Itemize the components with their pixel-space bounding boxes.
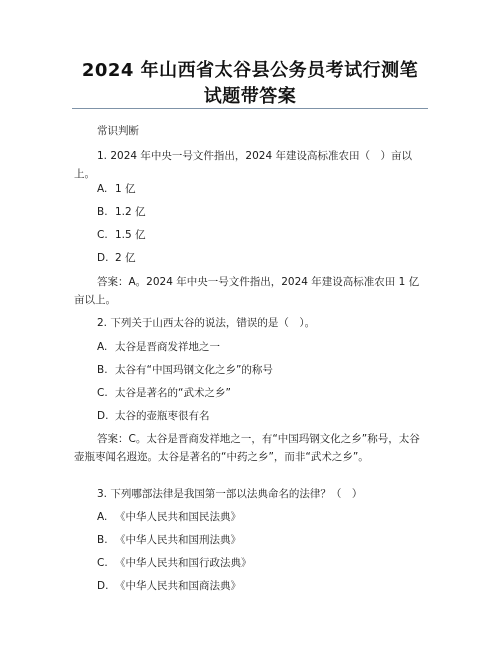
- document-page: 2024 年山西省太谷县公务员考试行测笔 试题带答案 常识判断 1. 2024 …: [0, 0, 500, 647]
- question-3-stem: 3. 下列哪部法律是我国第一部以法典命名的法律？（ ）: [74, 485, 428, 503]
- option-text: 2 亿: [115, 252, 136, 264]
- option-letter: D.: [97, 577, 115, 595]
- question-2-option-a: A.太谷是晋商发祥地之一: [97, 338, 220, 356]
- title-divider: [72, 108, 428, 109]
- question-3-option-c: C.《中华人民共和国行政法典》: [97, 554, 252, 572]
- option-letter: B.: [97, 361, 115, 379]
- option-text: 1.2 亿: [115, 206, 146, 218]
- question-2-answer: 答案：C。太谷是晋商发祥地之一，有“中国玛钢文化之乡”称号，太谷壶瓶枣闻名遐迩。…: [74, 430, 428, 466]
- question-1-option-b: B.1.2 亿: [97, 203, 146, 221]
- question-3-option-d: D.《中华人民共和国商法典》: [97, 577, 241, 595]
- question-3-option-b: B.《中华人民共和国刑法典》: [97, 531, 241, 549]
- option-letter: B.: [97, 203, 115, 221]
- option-letter: A.: [97, 508, 115, 526]
- question-1-stem: 1. 2024 年中央一号文件指出，2024 年建设高标准农田（ ）亩以上。: [74, 147, 428, 183]
- option-text: 太谷有“中国玛钢文化之乡”的称号: [115, 364, 273, 376]
- question-1-option-d: D.2 亿: [97, 249, 136, 267]
- option-text: 《中华人民共和国行政法典》: [115, 557, 252, 569]
- option-text: 太谷的壶瓶枣很有名: [115, 410, 210, 422]
- option-text: 《中华人民共和国刑法典》: [115, 534, 241, 546]
- option-text: 《中华人民共和国民法典》: [115, 511, 241, 523]
- section-heading: 常识判断: [74, 122, 428, 140]
- option-letter: C.: [97, 384, 115, 402]
- option-text: 1 亿: [115, 183, 136, 195]
- option-letter: A.: [97, 338, 115, 356]
- option-text: 《中华人民共和国商法典》: [115, 580, 241, 592]
- option-letter: A.: [97, 180, 115, 198]
- question-2-option-d: D.太谷的壶瓶枣很有名: [97, 407, 210, 425]
- option-letter: D.: [97, 249, 115, 267]
- document-title-line2: 试题带答案: [72, 84, 428, 110]
- option-letter: C.: [97, 226, 115, 244]
- question-1-option-c: C.1.5 亿: [97, 226, 146, 244]
- question-3-option-a: A.《中华人民共和国民法典》: [97, 508, 241, 526]
- question-2-option-c: C.太谷是著名的“武术之乡”: [97, 384, 231, 402]
- question-2-option-b: B.太谷有“中国玛钢文化之乡”的称号: [97, 361, 273, 379]
- question-2-stem: 2. 下列关于山西太谷的说法，错误的是（ ）。: [74, 314, 428, 332]
- option-letter: B.: [97, 531, 115, 549]
- option-text: 太谷是著名的“武术之乡”: [115, 387, 231, 399]
- option-letter: D.: [97, 407, 115, 425]
- document-title-line1: 2024 年山西省太谷县公务员考试行测笔: [72, 58, 428, 84]
- question-1-option-a: A.1 亿: [97, 180, 136, 198]
- option-text: 太谷是晋商发祥地之一: [115, 341, 220, 353]
- option-letter: C.: [97, 554, 115, 572]
- option-text: 1.5 亿: [115, 229, 146, 241]
- question-1-answer: 答案：A。2024 年中央一号文件指出，2024 年建设高标准农田 1 亿亩以上…: [74, 273, 428, 309]
